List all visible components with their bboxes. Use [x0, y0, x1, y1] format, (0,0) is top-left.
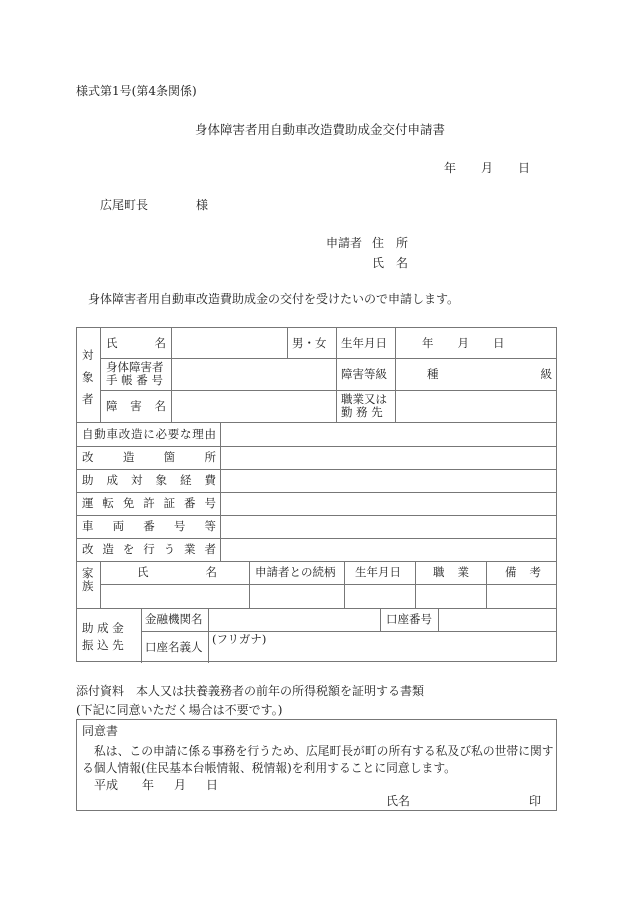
month-char: 月: [458, 336, 470, 350]
label-char: 許: [143, 497, 155, 510]
disability-grade-label: 障害等級: [341, 368, 387, 381]
family-remarks-field[interactable]: [489, 587, 553, 606]
attachments-note: 添付資料 本人又は扶養義務者の前年の所得税額を証明する書類: [76, 684, 424, 698]
application-table: 対 象 者 氏名 男・女 生年月日 年月日 身体障害者 手 帳 番 号 障害等級…: [76, 327, 557, 662]
label-char: 造: [123, 451, 135, 464]
label-char: 名: [206, 566, 218, 579]
date-month: 月: [481, 161, 493, 175]
disability-name-label: 障害名: [106, 400, 166, 413]
account-holder-label: 口座名義人: [145, 641, 203, 654]
handbook-number-label: 身体障害者 手 帳 番 号: [106, 361, 164, 387]
day-label: 日: [206, 778, 218, 792]
account-holder-field[interactable]: (フリガナ): [212, 633, 552, 660]
institution-field[interactable]: [212, 611, 377, 629]
label-char: 番: [184, 497, 196, 510]
label-line: 助 成 金: [82, 620, 124, 637]
family-col-birthdate: 生年月日: [355, 566, 401, 579]
application-date: 年月日: [444, 161, 530, 175]
document-title: 身体障害者用自動車改造費助成金交付申請書: [195, 123, 445, 137]
label-char: 理: [192, 428, 204, 441]
family-col-relationship: 申請者との続柄: [255, 566, 336, 579]
label-char: 所: [204, 451, 216, 464]
account-number-field[interactable]: [442, 611, 552, 629]
label-char: 自: [82, 428, 94, 441]
vehicle-number-field[interactable]: [224, 517, 552, 535]
date-day: 日: [518, 161, 530, 175]
label-char: 族: [82, 580, 94, 593]
year-char: 年: [422, 336, 434, 350]
seal-mark: 印: [529, 794, 541, 808]
day-char: 日: [493, 336, 505, 350]
label-char: 両: [113, 520, 125, 533]
label-char: 行: [143, 543, 155, 556]
disability-grade-field[interactable]: 種級: [427, 368, 552, 381]
label-char: 転: [102, 497, 114, 510]
label-char: 号: [174, 520, 186, 533]
contractor-field[interactable]: [224, 540, 552, 558]
label-char: 助: [82, 474, 94, 487]
consent-body-line2: る個人情報(住民基本台帳情報、税情報)を利用することに同意します。: [82, 761, 456, 775]
label-char: 業: [458, 566, 470, 579]
consent-name-field[interactable]: [417, 792, 527, 808]
label-char: 改: [82, 543, 94, 556]
account-number-label: 口座番号: [386, 613, 432, 626]
label-char: 車: [82, 520, 94, 533]
label-char: 業: [184, 543, 196, 556]
family-occupation-field[interactable]: [418, 587, 484, 606]
consent-text: 私は、この申請に係る事務を行うため、広尾町長が町の所有する私及び私の世帯に関す: [94, 744, 554, 758]
type-char: 種: [427, 368, 439, 381]
family-col-name: 氏名: [137, 566, 217, 579]
attachments-condition: (下記に同意いただく場合は不要です。): [76, 703, 282, 717]
license-number-label: 運転免許証番号: [82, 497, 216, 510]
label-char: 免: [123, 497, 135, 510]
vehicle-number-label: 車両番号等: [82, 520, 216, 533]
furigana-hint: (フリガナ): [212, 632, 266, 646]
label-char: に: [143, 428, 155, 441]
family-col-occupation: 職業: [433, 566, 469, 579]
institution-label: 金融機関名: [145, 613, 203, 626]
consent-date: 平成年月日: [94, 778, 218, 792]
label-char: を: [123, 543, 135, 556]
label-char: 必: [156, 428, 168, 441]
family-col-remarks: 備考: [505, 566, 541, 579]
label-char: 証: [164, 497, 176, 510]
applicant-label: 申請者: [326, 236, 362, 250]
label-char: 改: [119, 428, 131, 441]
family-name-field[interactable]: [103, 587, 247, 606]
label-char: 改: [82, 451, 94, 464]
grade-char: 級: [541, 368, 553, 381]
label-char: 運: [82, 497, 94, 510]
label-char: 障: [106, 400, 118, 413]
label-char: 氏: [137, 566, 149, 579]
birth-date-label: 生年月日: [341, 337, 387, 350]
label-char: 害: [130, 400, 142, 413]
family-birthdate-field[interactable]: [347, 587, 413, 606]
application-statement: 身体障害者用自動車改造費助成金の交付を受けたいので申請します。: [88, 292, 459, 306]
label-char: う: [164, 543, 176, 556]
contractor-label: 改造を行う業者: [82, 543, 216, 556]
label-char: 車: [107, 428, 119, 441]
label-char: な: [180, 428, 192, 441]
name-label: 氏 名: [372, 256, 408, 270]
label-char: 号: [204, 497, 216, 510]
license-number-field[interactable]: [224, 494, 552, 512]
occupation-label: 職業又は 勤 務 先: [341, 393, 387, 419]
modification-reason-field[interactable]: [224, 425, 552, 443]
honorific: 様: [196, 198, 208, 212]
consent-name-label: 氏名: [386, 794, 410, 808]
address-label: 住 所: [372, 236, 408, 250]
label-char: 箇: [164, 451, 176, 464]
label-char: 造: [131, 428, 143, 441]
label-char: 考: [530, 566, 542, 579]
era-label: 平成: [94, 778, 118, 792]
modification-reason-label: 自動車改造に必要な理由: [82, 428, 216, 441]
occupation-field[interactable]: [399, 394, 553, 418]
label-line: 振 込 先: [82, 637, 124, 654]
label-char: 番: [143, 520, 155, 533]
modification-location-label: 改造箇所: [82, 451, 216, 464]
subject-char: 者: [82, 388, 96, 410]
bank-transfer-label: 助 成 金 振 込 先: [82, 620, 124, 654]
gender-selector[interactable]: 男・女: [292, 337, 327, 350]
subject-char: 象: [82, 366, 96, 388]
label-char: 要: [168, 428, 180, 441]
label-char: 名: [155, 400, 167, 413]
label-char: 由: [205, 428, 217, 441]
label-char: 名: [155, 337, 167, 350]
subject-name-field[interactable]: [175, 332, 285, 354]
label-line: 勤 務 先: [341, 406, 387, 419]
label-line: 手 帳 番 号: [106, 374, 164, 387]
label-char: 等: [205, 520, 217, 533]
subject-name-label: 氏名: [106, 337, 166, 350]
consent-title: 同意書: [82, 724, 118, 738]
handbook-number-field[interactable]: [175, 362, 331, 386]
subsidy-expense-label: 助成対象経費: [82, 474, 216, 487]
addressee: 広尾町長: [100, 198, 148, 212]
label-char: 職: [433, 566, 445, 579]
label-char: 備: [505, 566, 517, 579]
birth-date-field[interactable]: 年月日: [422, 337, 505, 350]
disability-name-field[interactable]: [175, 394, 331, 418]
family-label: 家 族: [82, 567, 94, 593]
date-year: 年: [444, 161, 456, 175]
label-char: 経: [180, 474, 192, 487]
label-char: 動: [94, 428, 106, 441]
subject-char: 対: [82, 344, 96, 366]
label-char: 造: [102, 543, 114, 556]
form-number: 様式第1号(第4条関係): [76, 84, 197, 98]
year-label: 年: [142, 778, 154, 792]
label-char: 象: [156, 474, 168, 487]
month-label: 月: [174, 778, 186, 792]
label-char: 者: [204, 543, 216, 556]
label-char: 成: [107, 474, 119, 487]
label-char: 対: [131, 474, 143, 487]
subject-label: 対 象 者: [82, 344, 96, 410]
modification-location-field[interactable]: [224, 448, 552, 466]
subsidy-expense-field[interactable]: [224, 471, 552, 489]
consent-box: 同意書 私は、この申請に係る事務を行うため、広尾町長が町の所有する私及び私の世帯…: [76, 719, 557, 811]
family-relationship-field[interactable]: [252, 587, 342, 606]
consent-body-line1: 私は、この申請に係る事務を行うため、広尾町長が町の所有する私及び私の世帯に関す: [82, 744, 554, 758]
label-char: 費: [205, 474, 217, 487]
label-char: 氏: [106, 337, 118, 350]
